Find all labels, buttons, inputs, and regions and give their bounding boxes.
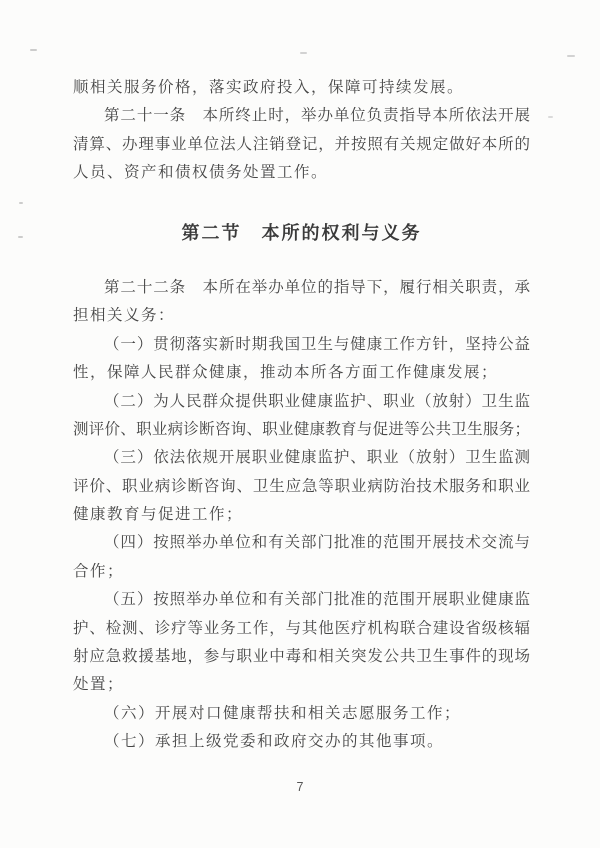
text-line: （一）贯彻落实新时期我国卫生与健康工作方针，坚持公益 [73, 331, 530, 359]
text-line: 第二十二条 本所在举办单位的指导下，履行相关职责，承 [73, 274, 530, 302]
document-body: 顺相关服务价格，落实政府投入，保障可持续发展。第二十一条 本所终止时，举办单位负… [73, 74, 530, 757]
scan-artifact [567, 55, 575, 57]
text-line: （三）依法依规开展职业健康监护、职业（放射）卫生监测 [73, 444, 530, 472]
paragraph-block-main: 第二十二条 本所在举办单位的指导下，履行相关职责，承担相关义务：（一）贯彻落实新… [73, 274, 530, 757]
text-line: （二）为人民群众提供职业健康监护、职业（放射）卫生监 [73, 388, 530, 416]
paragraph-block-top: 顺相关服务价格，落实政府投入，保障可持续发展。第二十一条 本所终止时，举办单位负… [73, 74, 530, 188]
text-line: 测评价、职业病诊断咨询、职业健康教育与促进等公共卫生服务； [73, 416, 530, 444]
text-line: 清算、办理事业单位法人注销登记，并按照有关规定做好本所的 [73, 131, 530, 159]
scan-artifact [300, 52, 307, 54]
section-heading: 第二节 本所的权利与义务 [73, 219, 530, 247]
text-line: （六）开展对口健康帮扶和相关志愿服务工作； [73, 700, 530, 728]
scan-artifact [18, 236, 23, 238]
text-line: （五）按照举办单位和有关部门批准的范围开展职业健康监 [73, 586, 530, 614]
page-number: 7 [0, 780, 600, 794]
text-line: 性，保障人民群众健康，推动本所各方面工作健康发展； [73, 359, 530, 387]
text-line: 评价、职业病诊断咨询、卫生应急等职业病防治技术服务和职业 [73, 473, 530, 501]
text-line: （四）按照举办单位和有关部门批准的范围开展技术交流与 [73, 529, 530, 557]
text-line: （七）承担上级党委和政府交办的其他事项。 [73, 728, 530, 756]
document-page: 顺相关服务价格，落实政府投入，保障可持续发展。第二十一条 本所终止时，举办单位负… [0, 0, 600, 848]
scan-artifact [30, 49, 37, 51]
scan-artifact [19, 202, 23, 204]
text-line: 射应急救援基地，参与职业中毒和相关突发公共卫生事件的现场 [73, 643, 530, 671]
text-line: 顺相关服务价格，落实政府投入，保障可持续发展。 [73, 74, 530, 102]
text-line: 第二十一条 本所终止时，举办单位负责指导本所依法开展 [73, 102, 530, 130]
text-line: 健康教育与促进工作； [73, 501, 530, 529]
text-line: 人员、资产和债权债务处置工作。 [73, 159, 530, 187]
text-line: 护、检测、诊疗等业务工作，与其他医疗机构联合建设省级核辐 [73, 615, 530, 643]
text-line: 合作； [73, 558, 530, 586]
scan-artifact [548, 116, 553, 118]
text-line: 担相关义务： [73, 302, 530, 330]
text-line: 处置； [73, 671, 530, 699]
